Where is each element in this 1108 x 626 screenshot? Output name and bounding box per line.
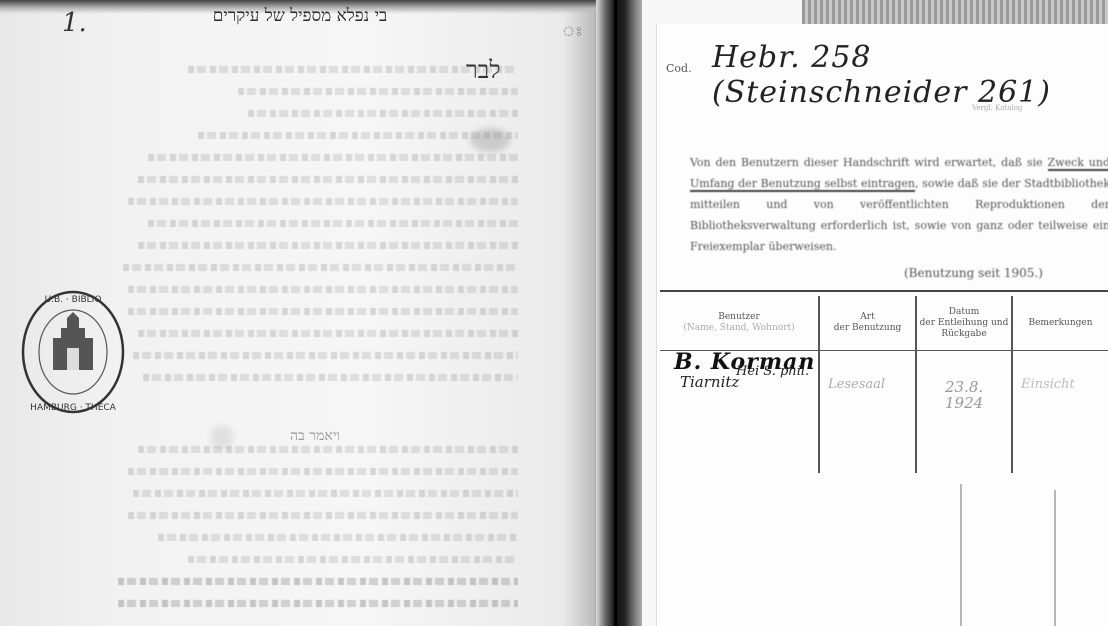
small-note: Vergl. Katalog [972, 104, 1022, 112]
header-borrower: Benutzer (Name, Stand, Wohnort) [660, 296, 820, 350]
table-top-rule [660, 290, 1108, 292]
cell-use-type: Lesesaal [820, 351, 917, 473]
header-date: Datum der Entleihung und Rückgabe [917, 296, 1013, 350]
usage-since-label: (Benutzung seit 1905.) [904, 266, 1043, 280]
svg-text:HAMBURG · THECA: HAMBURG · THECA [30, 403, 116, 413]
slip-top-edge [802, 0, 1108, 24]
usage-record-slip: Cod. Hebr. 258 (Steinschneider 261) Verg… [642, 0, 1108, 626]
borrower-place: Tiarnitz [680, 377, 739, 388]
header-title: Art [860, 312, 874, 323]
borrower-title: Hei S. phil. [736, 366, 809, 377]
date-line-2: 1924 [945, 395, 983, 411]
use-type: Lesesaal [828, 379, 885, 390]
column-rule [960, 484, 962, 626]
table-row: B. Korman Hei S. phil. Tiarnitz Lesesaal… [660, 351, 1108, 473]
library-crest-icon: U.B. · BIBLIO HAMBURG · THECA [17, 288, 125, 416]
book-gutter [596, 0, 644, 626]
column-rule [1054, 490, 1056, 626]
header-sub: der Entleihung und Rückgabe [917, 318, 1011, 340]
svg-text:U.B. · BIBLIO: U.B. · BIBLIO [45, 295, 102, 305]
ink-stain [470, 128, 510, 152]
usage-notice: Von den Benutzern dieser Handschrift wir… [690, 152, 1108, 257]
cell-borrower: B. Korman Hei S. phil. Tiarnitz [660, 351, 820, 473]
cell-remarks: Einsicht [1013, 351, 1108, 473]
date-line-1: 23.8. [945, 379, 983, 395]
usage-table-header: Benutzer (Name, Stand, Wohnort) Art der … [660, 296, 1108, 351]
library-stamp: U.B. · BIBLIO HAMBURG · THECA [17, 288, 125, 416]
header-sub: (Name, Stand, Wohnort) [683, 323, 794, 334]
header-title: Datum [949, 307, 980, 318]
header-title: Benutzer [718, 312, 760, 323]
header-use-type: Art der Benutzung [820, 296, 917, 350]
header-sub: der Benutzung [834, 323, 902, 334]
cell-date: 23.8. 1924 [917, 351, 1013, 473]
header-remarks: Bemerkungen [1013, 296, 1108, 350]
manuscript-page-left: 1. בי נפלא מספיל של עיקרים ঃ לבר ויאמר ב… [0, 0, 612, 626]
hebrew-text-block-top [118, 60, 518, 390]
shelfmark: Hebr. 258 (Steinschneider 261) [712, 40, 1108, 110]
codex-label: Cod. [666, 62, 692, 75]
corner-mark: ঃ [562, 20, 583, 44]
running-head: בי נפלא מספיל של עיקרים [150, 6, 450, 26]
hebrew-text-block-bottom [118, 440, 518, 616]
header-title: Bemerkungen [1028, 318, 1092, 329]
remarks: Einsicht [1021, 379, 1075, 390]
notice-text-1: Von den Benutzern dieser Handschrift wir… [690, 156, 1048, 169]
folio-number: 1. [62, 8, 87, 38]
